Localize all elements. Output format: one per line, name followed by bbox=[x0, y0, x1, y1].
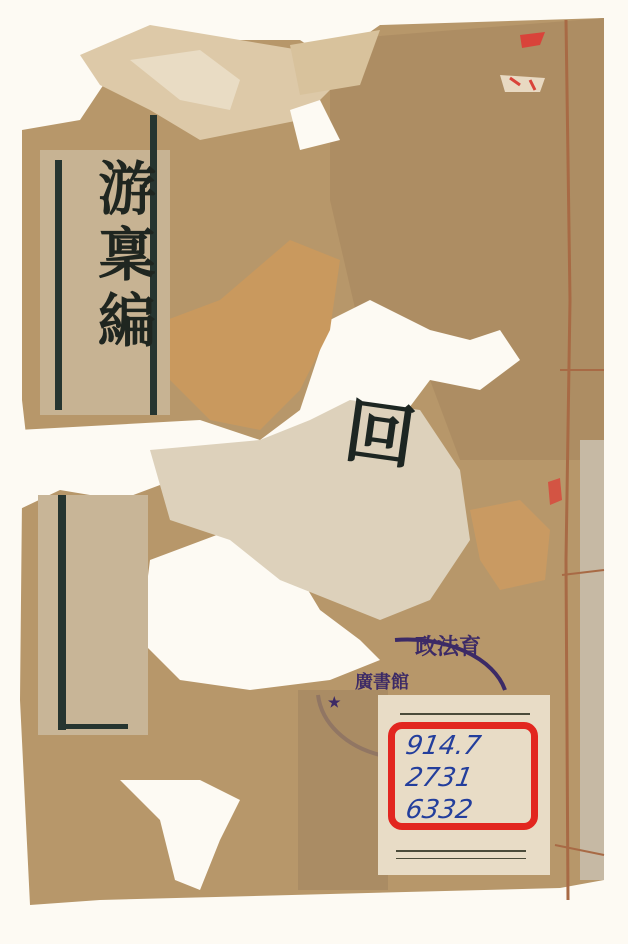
stamp-star-icon: ★ bbox=[328, 695, 341, 711]
label-bottom-rule bbox=[396, 850, 526, 852]
title-char-2: 稟 bbox=[88, 224, 156, 290]
call-number: 914.7 2731 6332 bbox=[406, 730, 480, 826]
call-number-line-1: 914.7 bbox=[403, 730, 483, 762]
label-top-rule bbox=[400, 713, 530, 715]
call-number-line-3: 6332 bbox=[403, 794, 483, 826]
seal-script-fragment: 回 bbox=[340, 395, 419, 474]
title-char-3: 編 bbox=[88, 290, 156, 356]
book-title: 游稟編 bbox=[72, 158, 162, 356]
title-char-1: 游 bbox=[88, 158, 156, 224]
label-bottom-rule-2 bbox=[396, 858, 526, 859]
stamp-text-top: 政法育 bbox=[415, 630, 481, 661]
book-cover-photo: 游稟編 回 政法育 廣書館 ★ 914.7 2731 6332 bbox=[0, 0, 628, 944]
stamp-text-bottom: 廣書館 bbox=[355, 668, 409, 694]
call-number-line-2: 2731 bbox=[403, 762, 483, 794]
